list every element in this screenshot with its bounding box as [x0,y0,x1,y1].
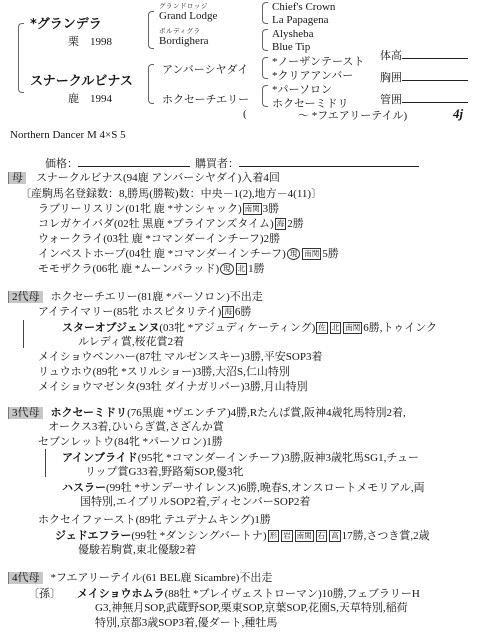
pedigree-catalog-page: *グランデラ 栗 1998 スナークルビナス 鹿 1994 グランドロッジ Gr… [0,0,500,635]
family-open-paren: ( [243,108,247,120]
text-run: (99牡 *ダンシングバートナ) [131,530,266,542]
text-run: 5勝 [322,248,339,260]
text-run: G3,神無月SOP,武蔵野SOP,栗東SOP,京葉SOP,花園S,天草特別,稲荷 [95,602,408,614]
pedigree-line: アインブライド(95牝 *コマンダーインチーフ)3勝,阪神3歳牝馬SG1,チュー [62,451,419,465]
family-trace: ～ *フエアリーテイル) [298,110,407,122]
buyer-label: 購買者： [195,158,239,170]
outer-bracket [18,23,24,93]
pedigree-line: アイテイマリー(85牝 ホスピタリテイ)海6勝 [38,306,251,319]
region-box: 海 [275,218,287,230]
region-box: 形 [268,530,280,542]
text-run: スナークルビナス(94鹿 アンバーシヤダイ)入着4回 [36,172,280,184]
region-box: 岩 [281,530,293,542]
dam-parents-bracket [148,64,154,104]
gen3-bracket-2 [262,29,268,51]
text-run: (88牡 *ブレイヴェストローマン)10勝,フェブラリーH [165,588,420,600]
pedigree-line: ジェドエフラー(99牡 *ダンシングバートナ)形岩南関石高17勝,さつき賞,2歳 [55,529,430,543]
dam-coat-year: 鹿 1994 [68,93,112,105]
girth-field: 胸囲 [380,70,468,84]
pedigree-line: 〔孫〕メイショウホムラ(88牡 *ブレイヴェストローマン)10勝,フェブラリーH [28,587,420,601]
pedigree-line: 3代母ホクセーミドリ(76黒鹿 *ヴエンチア)4勝,Rたんぱ賞,阪神4歳牝馬特別… [8,406,406,420]
dam-dam: ホクセーチエリー [162,94,249,106]
pedigree-line: 〔産駒馬名登録数：8,勝馬(勝鞍)数：中央－1(2),地方－4(11)〕 [20,188,322,201]
pedigree-line: モモザクラ(06牝 鹿 *ムーンバラッド)現北1勝 [38,263,265,276]
inbreeding-note: Northern Dancer M 4×S 5 [10,129,126,141]
region-box: 南関 [295,530,314,542]
horse-name-bold: ハスラー [62,481,106,494]
pedigree-line: ウォークライ(03牡 鹿 *コマンダーインチーフ)2勝 [38,233,280,246]
text-run: アイテイマリー(85牝 ホスピタリテイ) [38,306,221,318]
text-run: ホクセイファースト(89牝 テユデナムキング)1勝 [38,514,271,526]
sire-dam: Bordighera [159,35,208,47]
gen3-bracket-3 [262,57,268,79]
status-circle: 現 [220,263,234,275]
pedigree-line: ハスラー(99牡 *サンデーサイレンス)6勝,晩春S,オンスロートメモリアル,両 [62,481,425,495]
pedigree-horse: *クリアアンバー [272,70,353,82]
pedigree-line: ホクセイファースト(89牝 テユデナムキング)1勝 [38,514,271,527]
pedigree-line: メイショウマゼンタ(93牡 ダイナガリバー)3勝,月山特別 [38,381,308,394]
text-run: セブンレットウ(84牝 *パーソロン)1勝 [38,436,223,448]
text-run: 1勝 [248,263,265,275]
pedigree-horse: Chief's Crown [272,1,335,13]
text-run: ラブリーリスリン(01牝 鹿 *サンシャック) [38,203,242,215]
dam-sire: アンバーシヤダイ [162,64,248,76]
generation-label: 3代母 [8,407,43,419]
text-run: モモザクラ(06牝 鹿 *ムーンバラッド) [38,263,219,275]
buyer-blank [239,156,419,167]
pedigree-line: インベストホープ(04牡 鹿 *コマンダーインチーフ)現南関5勝 [38,248,339,261]
girth-blank [402,70,468,81]
pedigree-line: 特別,京都3歳SOP3着,優ダート,種牡馬 [95,617,277,630]
height-label: 体高 [380,50,402,62]
text-run: (95牝 *コマンダーインチーフ)3勝,阪神3歳牝馬SG1,チュー [138,452,419,464]
pedigree-line: オークス3着,ひいらぎ賞,さざんか賞 [48,421,224,434]
region-box: 南関 [243,203,262,215]
horse-name-bold: スターオブジェンヌ [62,321,159,334]
text-run: インベストホープ(04牡 鹿 *コマンダーインチーフ) [38,248,286,260]
generation-label: 4代母 [8,572,43,584]
sire-coat-year: 栗 1998 [68,36,112,48]
sire-sire: Grand Lodge [159,10,217,22]
text-run: ウォークライ(03牡 鹿 *コマンダーインチーフ)2勝 [38,233,280,245]
text-run: 2勝 [287,218,304,230]
height-blank [402,48,468,59]
cannon-blank [402,92,468,103]
pedigree-line: G3,神無月SOP,武蔵野SOP,栗東SOP,京葉SOP,花園S,天草特別,稲荷 [95,602,408,615]
region-box: 高 [329,530,341,542]
text-run: (99牡 *サンデーサイレンス)6勝,晩春S,オンスロートメモリアル,両 [106,482,425,494]
text-run: *フエアリーテイル(61 BEL鹿 Sicambre)不出走 [51,572,273,584]
pedigree-horse: *ノーザンテースト [272,56,364,68]
text-run: ルレディ賞,桜花賞2着 [78,336,184,348]
text-run: 17勝,さつき賞,2歳 [342,530,430,542]
pedigree-line: ルレディ賞,桜花賞2着 [78,336,184,349]
region-box: 南関 [302,248,321,260]
text-run: オークス3着,ひいらぎ賞,さざんか賞 [48,421,224,433]
text-run: 〔産駒馬名登録数：8,勝馬(勝鞍)数：中央－1(2),地方－4(11)〕 [20,188,322,200]
region-box: 石 [316,530,328,542]
pedigree-line: リュウホウ(89牝 *スリルショー)3勝,大沼S,仁山特別 [38,366,290,379]
text-run: 優駿若駒賞,東北優駿2着 [78,544,196,556]
dam-name: スナークルビナス [30,75,133,89]
gen3-bracket-1 [262,2,268,24]
text-run: 6勝 [235,306,252,318]
generation-label: 2代母 [8,291,43,303]
text-run: 特別,京都3歳SOP3着,優ダート,種牡馬 [95,617,277,629]
text-run: 〔孫〕 [28,588,61,600]
generation-label: 母 [8,172,26,184]
pedigree-line: 4代母*フエアリーテイル(61 BEL鹿 Sicambre)不出走 [8,572,272,585]
pedigree-horse: *パーソロン [272,84,332,96]
region-box: 北 [330,322,342,334]
family-number: 4j [453,106,463,122]
text-run: (03牝 *アジュディケーティング) [159,322,315,334]
text-run: メイショウマゼンタ(93牡 ダイナガリバー)3勝,月山特別 [38,381,308,393]
price-label: 価格： [45,158,78,170]
price-blank [78,156,190,167]
pedigree-line: 2代母ホクセーチエリー(81鹿 *パーソロン)不出走 [8,291,263,304]
region-box: 海 [222,306,234,318]
pedigree-line: ラブリーリスリン(01牝 鹿 *サンシャック)南関3勝 [38,203,279,216]
text-run: コレガケイバダ(02牡 黒鹿 *ブライアンズタイム) [38,218,274,230]
horse-name-bold: ホクセーミドリ [51,406,128,419]
pedigree-line: 国特別,エイプリルSOP2着,ディセンバーSOP2着 [80,496,310,509]
pedigree-horse: Alysheba [272,28,314,40]
pedigree-horse: ホクセーミドリ [272,98,349,110]
sire-parents-bracket [148,11,154,49]
offspring-link-bar [45,449,46,477]
pedigree-line: 優駿若駒賞,東北優駿2着 [78,544,196,557]
horse-name-bold: ジェドエフラー [55,529,131,542]
pedigree-line: スターオブジェンヌ(03牝 *アジュディケーティング)佐北南関6勝,トゥインク [62,321,437,335]
text-run: リップ賞G33着,野路菊SOP,優3牝 [85,466,243,478]
pedigree-line: 母スナークルビナス(94鹿 アンバーシヤダイ)入着4回 [8,172,280,185]
sire-dam-ruby: ボルディグラ [159,28,200,35]
pedigree-line: セブンレットウ(84牝 *パーソロン)1勝 [38,436,223,449]
sire-sire-ruby: グランドロッジ [159,3,208,10]
text-run: リュウホウ(89牝 *スリルショー)3勝,大沼S,仁山特別 [38,366,290,378]
text-run: (76黒鹿 *ヴエンチア)4勝,Rたんぱ賞,阪神4歳牝馬特別2着, [127,407,406,419]
text-run: 6勝,トゥインク [363,322,437,334]
price-row: 価格：購買者： [45,156,419,170]
status-circle: 現 [287,248,301,260]
region-box: 佐 [316,322,328,334]
offspring-link-bar [23,320,24,348]
girth-label: 胸囲 [380,72,402,84]
text-run: 国特別,エイプリルSOP2着,ディセンバーSOP2着 [80,496,310,508]
region-box: 南関 [343,322,362,334]
pedigree-horse: La Papagena [272,14,329,26]
text-run: 3勝 [263,203,280,215]
pedigree-horse: Blue Tip [272,41,310,53]
cannon-label: 管囲 [380,94,402,106]
pedigree-line: メイショウベンハー(87牡 マルゼンスキー)3勝,平安SOP3着 [38,351,322,364]
gen3-bracket-4 [262,85,268,107]
height-field: 体高 [380,48,468,62]
pedigree-line: コレガケイバダ(02牡 黒鹿 *ブライアンズタイム)海2勝 [38,218,304,231]
region-box: 北 [236,263,248,275]
pedigree-line: リップ賞G33着,野路菊SOP,優3牝 [85,466,243,479]
text-run: メイショウベンハー(87牡 マルゼンスキー)3勝,平安SOP3着 [38,351,322,363]
sire-name: *グランデラ [30,18,102,32]
horse-name-bold: メイショウホムラ [77,587,165,600]
horse-name-bold: アインブライド [62,451,138,464]
text-run: ホクセーチエリー(81鹿 *パーソロン)不出走 [51,291,263,303]
cannon-field: 管囲 [380,92,468,106]
